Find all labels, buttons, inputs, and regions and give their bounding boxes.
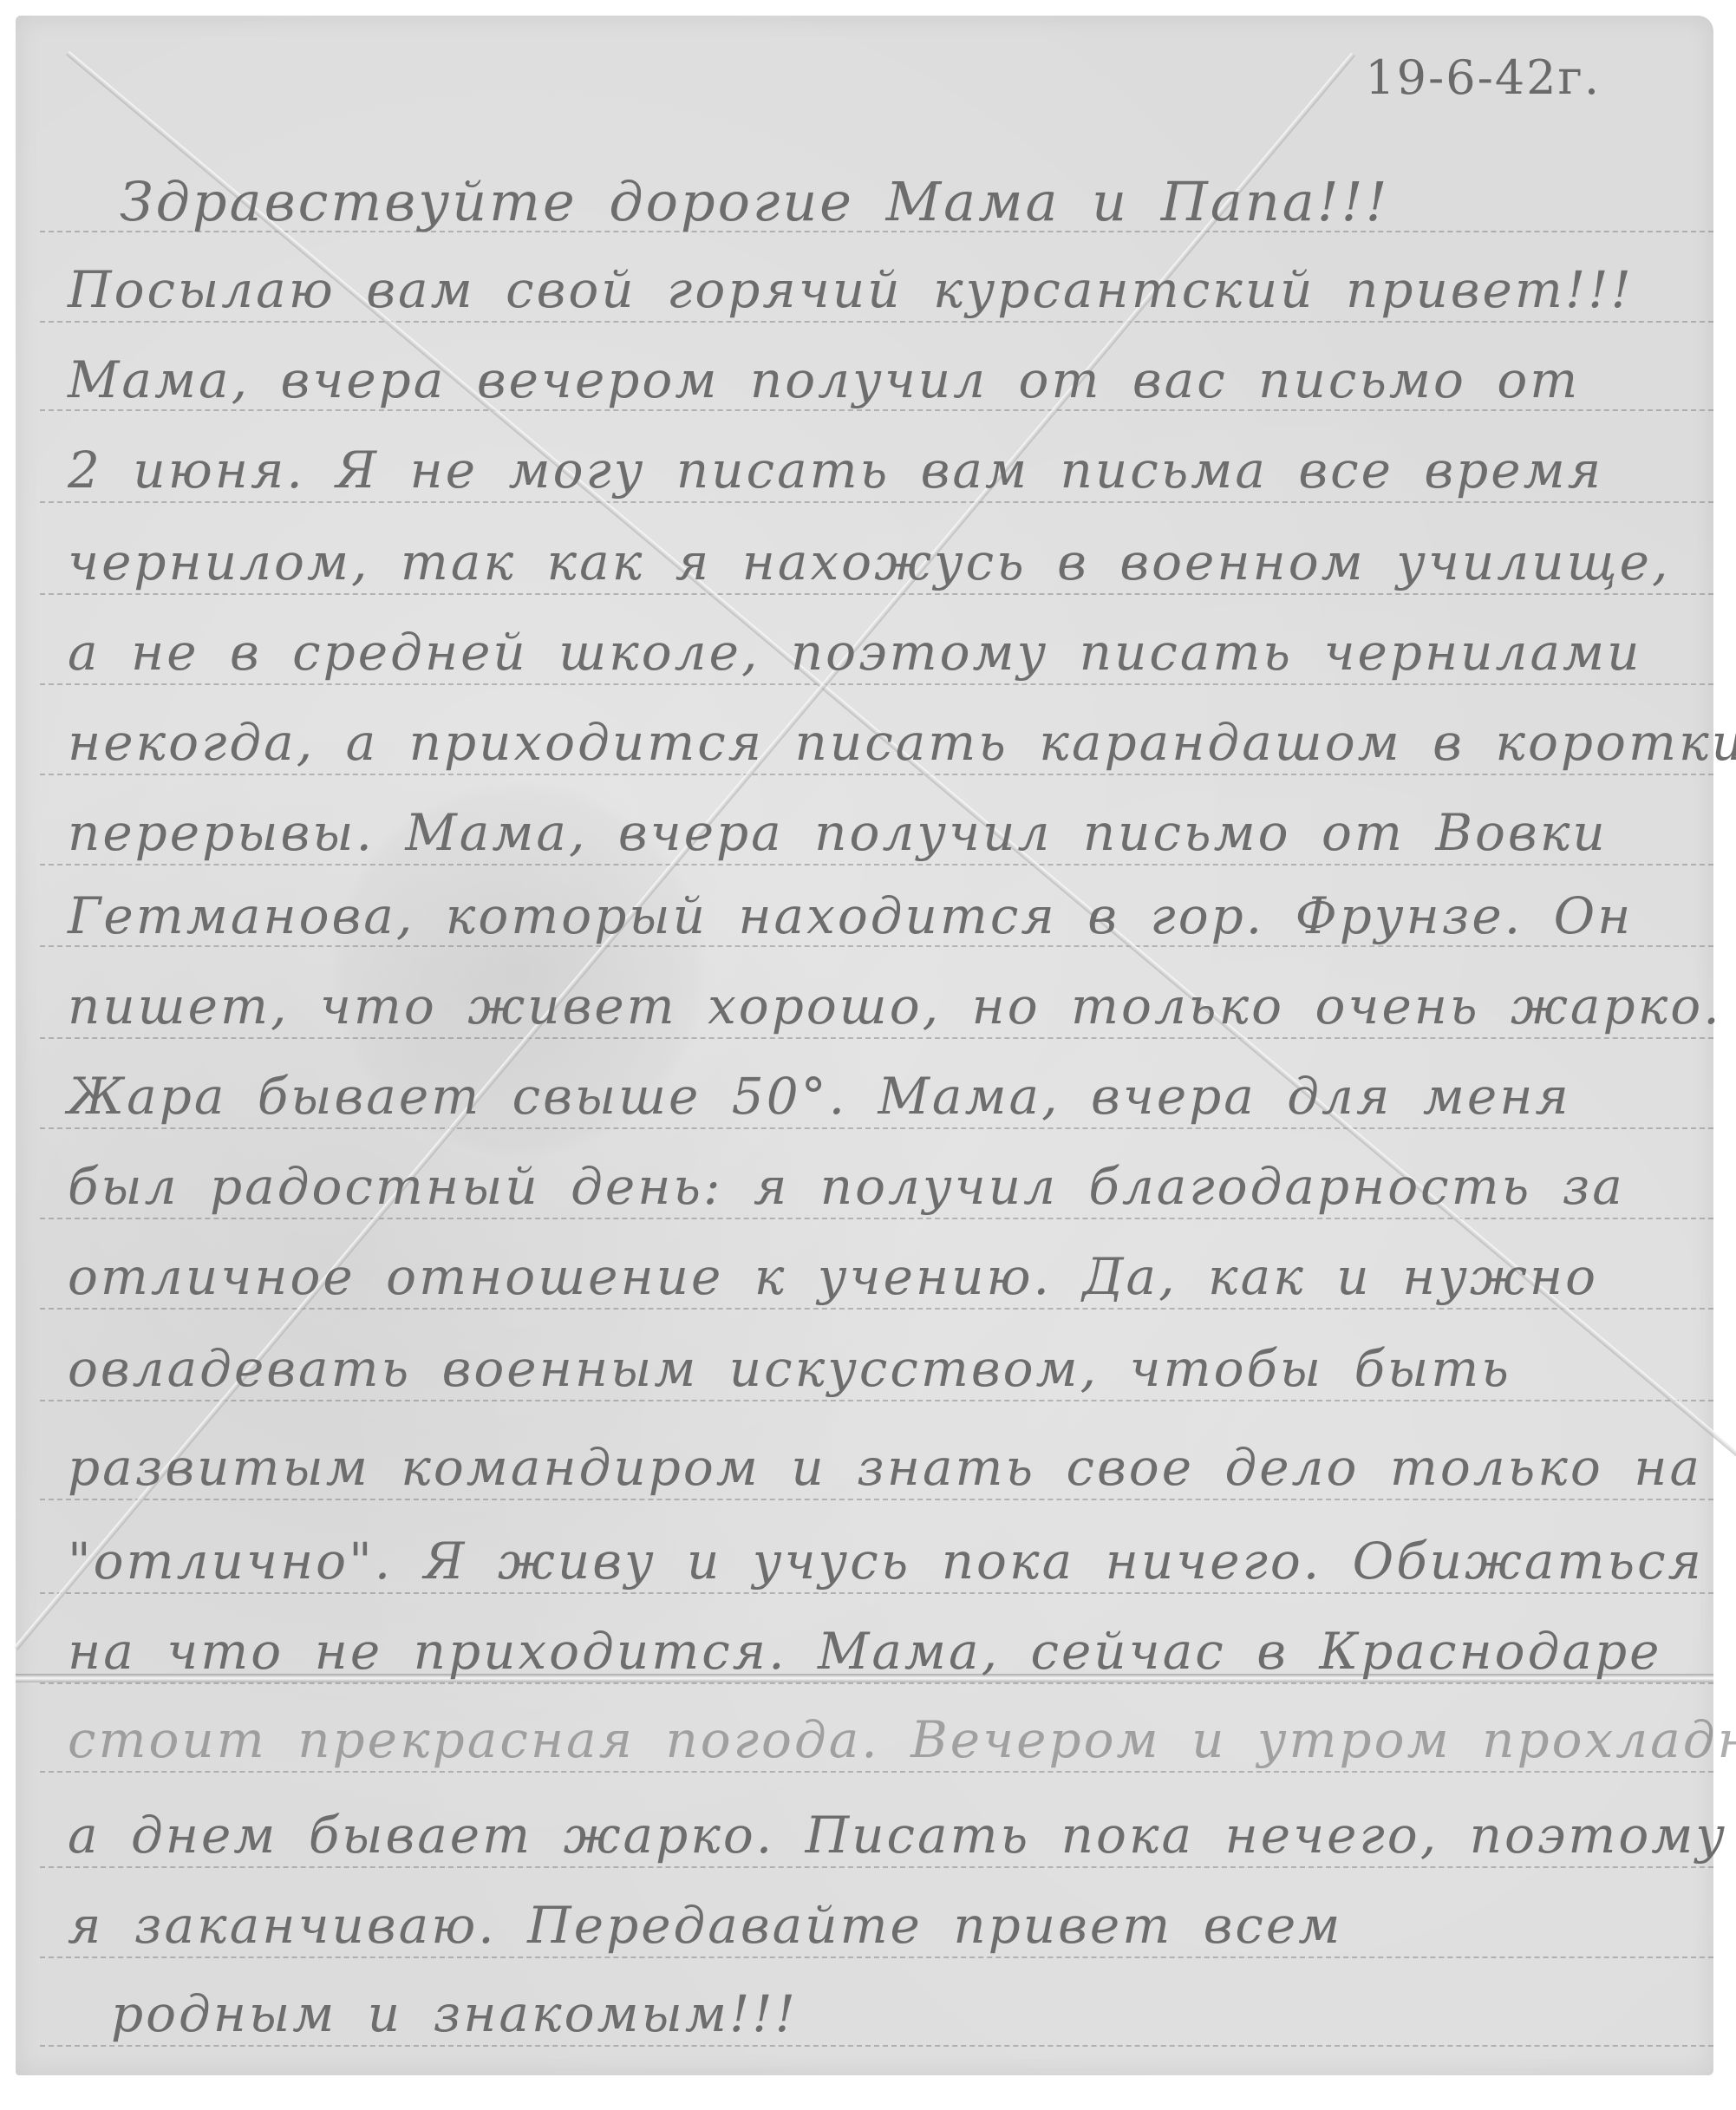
ruled-line — [40, 864, 1713, 866]
ruled-line — [40, 1682, 1713, 1684]
ruled-line — [40, 593, 1713, 595]
letter-line: родным и знакомым!!! — [111, 1984, 1679, 2043]
ruled-line — [40, 683, 1713, 685]
ruled-line — [40, 945, 1713, 947]
letter-line: был радостный день: я получил благодарно… — [68, 1157, 1679, 1216]
ruled-line — [40, 409, 1713, 411]
ruled-line — [40, 1400, 1713, 1401]
letter-line: чернилом, так как я нахожусь в военном у… — [68, 532, 1679, 591]
letter-line: Здравствуйте дорогие Мама и Папа!!! — [120, 170, 1679, 233]
letter-line: стоит прекрасная погода. Вечером и утром… — [68, 1710, 1679, 1769]
ruled-line — [40, 1592, 1713, 1594]
ruled-line — [40, 1127, 1713, 1129]
letter-line: а днем бывает жарко. Писать пока нечего,… — [68, 1806, 1679, 1865]
ruled-line — [40, 1866, 1713, 1868]
letter-line: Жара бывает свыше 50°. Мама, вчера для м… — [68, 1067, 1679, 1126]
ruled-line — [40, 774, 1713, 775]
ruled-line — [40, 1218, 1713, 1219]
ruled-line — [40, 1499, 1713, 1500]
ruled-line — [40, 321, 1713, 323]
ruled-line — [40, 1308, 1713, 1310]
ruled-line — [40, 1771, 1713, 1773]
letter-line: а не в средней школе, поэтому писать чер… — [68, 623, 1679, 682]
letter-sheet: 19-6-42г. Здравствуйте дорогие Мама и Па… — [16, 16, 1713, 2075]
ruled-line — [40, 2045, 1713, 2047]
letter-line: Гетманова, который находится в гор. Фрун… — [68, 886, 1679, 945]
letter-line: пишет, что живет хорошо, но только очень… — [68, 977, 1679, 1035]
letter-line: развитым командиром и знать свое дело то… — [68, 1438, 1679, 1497]
letter-line: отличное отношение к учению. Да, как и н… — [68, 1247, 1679, 1306]
letter-line: перерывы. Мама, вчера получил письмо от … — [68, 803, 1679, 862]
letter-line: овладевать военным искусством, чтобы быт… — [68, 1339, 1679, 1398]
letter-line: Мама, вчера вечером получил от вас письм… — [68, 350, 1679, 409]
letter-line: я заканчиваю. Передавайте привет всем — [68, 1896, 1679, 1955]
letter-line: "отлично". Я живу и учусь пока ничего. О… — [68, 1532, 1679, 1591]
letter-line: на что не приходится. Мама, сейчас в Кра… — [68, 1622, 1679, 1681]
ruled-line — [40, 1956, 1713, 1958]
letter-line: некогда, а приходится писать карандашом … — [68, 713, 1679, 772]
letter-line: Посылаю вам свой горячий курсантский при… — [68, 260, 1679, 319]
ruled-line — [40, 501, 1713, 503]
letter-line: 2 июня. Я не могу писать вам письма все … — [68, 441, 1679, 500]
ruled-line — [40, 1037, 1713, 1039]
letter-date: 19-6-42г. — [1365, 50, 1601, 105]
